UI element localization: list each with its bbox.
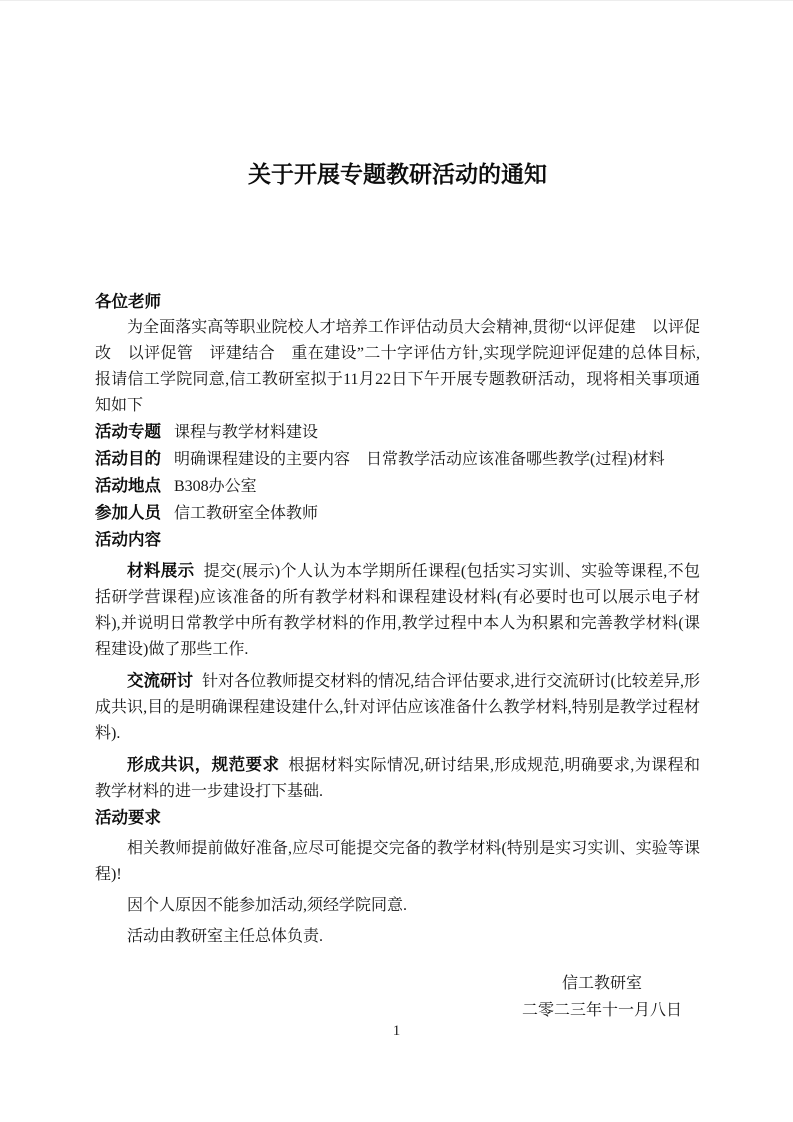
info-value: 信工教研室全体教师	[174, 505, 318, 522]
info-value: 明确课程建设的主要内容 日常教学活动应该准备哪些教学(过程)材料	[174, 451, 665, 468]
info-label: 活动专题	[95, 423, 161, 441]
page-number: 1	[0, 1023, 793, 1040]
section-heading-activity-content: 活动内容	[95, 527, 700, 553]
info-label: 活动地点	[95, 477, 161, 495]
info-label: 活动目的	[95, 450, 161, 468]
content-item-material-display: 材料展示提交(展示)个人认为本学期所任课程(包括实习实训、实验等课程,不包括研学…	[95, 558, 700, 663]
section-heading-requirements: 活动要求	[95, 805, 700, 831]
intro-paragraph: 为全面落实高等职业院校人才培养工作评估动员大会精神,贯彻“以评促建 以评促改 以…	[95, 315, 700, 419]
content-item-consensus: 形成共识，规范要求根据材料实际情况,研讨结果,形成规范,明确要求,为课程和教学材…	[95, 752, 700, 805]
info-value: 课程与教学材料建设	[174, 424, 318, 441]
info-row-participants: 参加人员信工教研室全体教师	[95, 500, 700, 527]
info-row-location: 活动地点B308办公室	[95, 473, 700, 500]
signature-date: 二零二三年十一月八日	[522, 997, 682, 1024]
info-label: 参加人员	[95, 504, 161, 522]
document-page: 关于开展专题教研活动的通知 各位老师 为全面落实高等职业院校人才培养工作评估动员…	[0, 0, 793, 1122]
requirement-paragraph-preparation: 相关教师提前做好准备,应尽可能提交完备的教学材料(特别是实习实训、实验等课程)!	[95, 836, 700, 888]
requirement-paragraph-absence: 因个人原因不能参加活动,须经学院同意.	[95, 893, 700, 919]
content-item-label: 交流研讨	[127, 672, 193, 690]
requirement-paragraph-responsibility: 活动由教研室主任总体负责.	[95, 924, 700, 950]
content-item-discussion: 交流研讨针对各位教师提交材料的情况,结合评估要求,进行交流研讨(比较差异,形成共…	[95, 668, 700, 747]
info-value: B308办公室	[174, 478, 257, 495]
content-item-label: 材料展示	[127, 562, 195, 580]
signature-org: 信工教研室	[522, 970, 682, 997]
info-row-topic: 活动专题课程与教学材料建设	[95, 419, 700, 446]
content-item-label: 形成共识，规范要求	[127, 756, 279, 774]
document-title: 关于开展专题教研活动的通知	[95, 159, 700, 190]
salutation: 各位老师	[95, 289, 700, 315]
signature-block: 信工教研室 二零二三年十一月八日	[522, 970, 682, 1024]
info-row-purpose: 活动目的明确课程建设的主要内容 日常教学活动应该准备哪些教学(过程)材料	[95, 446, 700, 473]
info-list: 活动专题课程与教学材料建设 活动目的明确课程建设的主要内容 日常教学活动应该准备…	[95, 419, 700, 527]
